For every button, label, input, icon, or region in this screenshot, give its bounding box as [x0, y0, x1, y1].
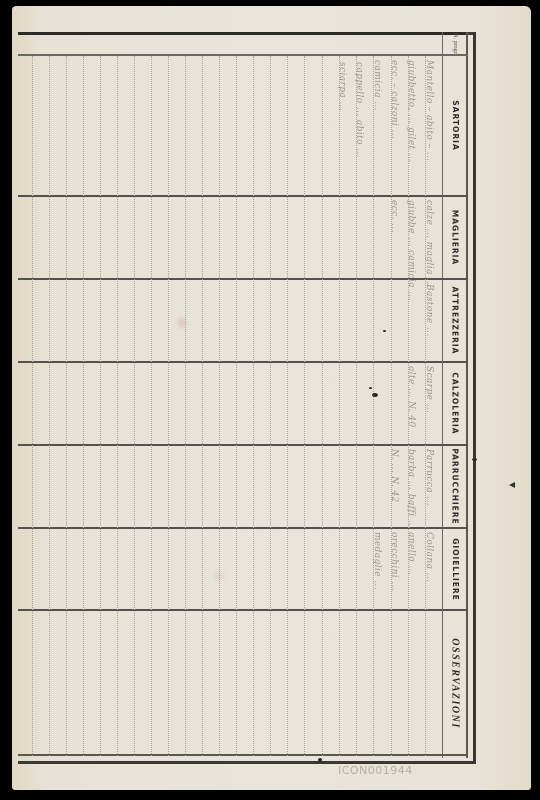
handwritten-entry: Scarpe ...	[424, 366, 434, 413]
handwritten-entry: ecc. ...	[389, 200, 399, 233]
rule-gioielliere	[18, 609, 468, 611]
pencil-catalog-number: ICON001944	[338, 764, 413, 777]
rule-calzoleria	[18, 444, 468, 446]
dotted-rule	[322, 56, 323, 756]
dotted-rule	[100, 56, 101, 756]
handwritten-entry: alte ... N. 40	[406, 366, 416, 428]
handwritten-entry: giubbe ... camicia ...	[406, 200, 416, 301]
column-header-label: GIOIELLIERE	[451, 538, 460, 601]
ink-spot	[383, 330, 386, 332]
ink-spot	[472, 458, 477, 461]
rule-sartoria	[18, 195, 468, 197]
top-border-rule	[18, 32, 468, 35]
column-header-sartoria: SARTORIA	[443, 56, 467, 195]
paper-stain	[214, 572, 224, 580]
column-header-gioielliere: GIOIELLIERE	[443, 529, 467, 609]
dotted-rule	[185, 56, 186, 756]
dotted-rule	[151, 56, 152, 756]
dotted-rule	[339, 56, 340, 756]
dotted-rule	[391, 56, 392, 756]
column-header-maglieria: MAGLIERIA	[443, 197, 467, 278]
dotted-rule	[66, 56, 67, 756]
column-header-parrucchiere: PARRUCCHIERE	[443, 446, 467, 527]
ink-spot	[318, 758, 322, 762]
column-header-progr: N. progr.	[443, 34, 467, 54]
dotted-rule	[253, 56, 254, 756]
handwritten-entry: camicia ...	[372, 60, 382, 111]
dotted-rule	[32, 56, 33, 756]
dotted-rule	[219, 56, 220, 756]
handwritten-entry: sciarpa ...	[337, 62, 347, 111]
dotted-rule	[270, 56, 271, 756]
ink-spot	[369, 387, 372, 389]
dotted-rule	[134, 56, 135, 756]
handwritten-entry: Parrucca ...	[424, 449, 434, 506]
column-header-label: MAGLIERIA	[451, 210, 460, 266]
handwritten-entry: orecchini ...	[389, 532, 399, 591]
dotted-rule	[287, 56, 288, 756]
column-header-calzoleria: CALZOLERIA	[443, 363, 467, 444]
handwritten-entry: cappello ... abito ...	[354, 62, 364, 158]
rule-attrezzeria	[18, 361, 468, 363]
handwritten-entry: medaglie ...	[372, 532, 382, 590]
dotted-rule	[49, 56, 50, 756]
dotted-rule	[117, 56, 118, 756]
column-header-label: PARRUCCHIERE	[451, 448, 460, 524]
ink-blot	[372, 393, 378, 397]
handwritten-entry: N. ... N. 42	[389, 449, 399, 503]
bottom-inner-rule	[18, 754, 468, 756]
paper-stain	[178, 318, 186, 328]
handwritten-entry: Collana ...	[424, 532, 434, 582]
handwritten-entry: giubbetto, ... gilet ...	[406, 60, 416, 163]
handwritten-entry: ecc. – calzoni ...	[389, 60, 399, 139]
handwritten-entry: Bastone ...	[424, 284, 434, 337]
dotted-rule	[236, 56, 237, 756]
handwritten-entry: Mantello – abito – ...	[424, 60, 434, 161]
right-outer-rule	[473, 32, 476, 764]
handwritten-entry: anello ...	[406, 532, 416, 575]
margin-tick-mark	[509, 482, 515, 488]
handwritten-entry: calze ... maglia ...	[424, 200, 434, 288]
column-header-label: N. progr.	[452, 33, 458, 55]
handwritten-entry: barba ... baffi ...	[406, 449, 416, 530]
dotted-rule	[202, 56, 203, 756]
dotted-rule	[356, 56, 357, 756]
dotted-rule	[168, 56, 169, 756]
rule-maglieria	[18, 278, 468, 280]
dotted-rule	[83, 56, 84, 756]
column-header-label: ATTREZZERIA	[451, 287, 460, 355]
dotted-rule	[304, 56, 305, 756]
column-header-osservazioni: OSSERVAZIONI	[443, 611, 467, 756]
column-header-label: OSSERVAZIONI	[450, 638, 461, 728]
column-header-label: SARTORIA	[451, 100, 460, 151]
dotted-rule	[373, 56, 374, 756]
rule-progr	[18, 54, 468, 56]
rule-parrucchiere	[18, 527, 468, 529]
column-header-attrezzeria: ATTREZZERIA	[443, 280, 467, 361]
column-header-label: CALZOLERIA	[451, 372, 460, 434]
